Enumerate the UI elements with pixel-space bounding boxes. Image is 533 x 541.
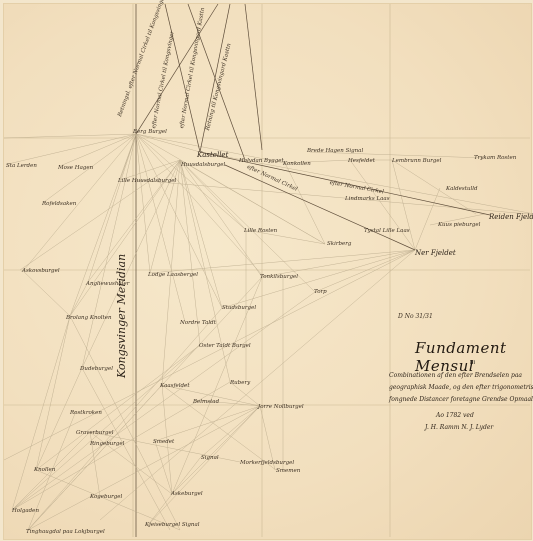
place-label-lodge-laasbergel: Lodge Laasbergel xyxy=(148,273,198,279)
subtitle-line-3: fongnede Distancer foretagne Grendse Opm… xyxy=(389,396,533,403)
place-label-reiden-fjeldet: Reiden Fjeldet xyxy=(489,214,533,221)
author-line: J. H. Ramm N. J. Lyder xyxy=(425,424,493,431)
place-label-signal: Signal xyxy=(201,456,219,462)
place-label-jorre-nollburgel: Jorre Nollburgel xyxy=(258,405,304,411)
subtitle-line-2: geographisk Maade, og den efter trigonom… xyxy=(389,384,533,391)
title-til: til xyxy=(470,360,475,366)
place-label-konkollen: Konkollen xyxy=(283,162,311,168)
place-label-mosebakken: Mose Hagen xyxy=(58,166,93,172)
place-label-smemen: Smemen xyxy=(276,469,300,475)
place-label-morkerfjeldsburgel: Morkerfjeldsburgel xyxy=(240,461,294,467)
map-title: Fundament Mensul xyxy=(415,339,533,375)
place-label-dudeburgel: Dudeburgel xyxy=(80,367,113,373)
place-label-kaldestulld: Kaldestulld xyxy=(446,187,478,193)
place-label-lille-rosten: Lille Rosten xyxy=(244,229,277,235)
place-label-kaasfeldet: Kaasfeldet xyxy=(160,384,190,390)
place-label-oster-taldt-burgel: Oster Taldt Burgel xyxy=(199,344,251,350)
place-label-ringeburgel: Ringeburgel xyxy=(90,442,124,448)
place-label-trykam-rosten: Trykam Rosten xyxy=(474,156,516,162)
meridian-label: Kongsvinger Meridian xyxy=(115,254,128,378)
place-label-kastellet: Kastellet xyxy=(197,152,228,159)
reference-number: D No 31/31 xyxy=(398,313,433,320)
place-label-halvdan-bygget: Halvdan Bygget xyxy=(239,159,284,165)
place-label-kogeburgel: Kogeburgel xyxy=(90,495,122,501)
grid-lines xyxy=(4,4,530,537)
place-label-huusdalsburgel: Huusdalsburgel xyxy=(181,163,225,169)
place-label-askeburgel: Askeburgel xyxy=(171,492,203,498)
place-label-hesfeldet: Hesfeldet xyxy=(348,159,375,165)
place-label-brede-hagen-signal: Brede Hagen Signal xyxy=(307,149,363,155)
place-label-angliewushaler: Angliewushaler xyxy=(86,282,129,288)
place-label-tystal-lille-laas: Tystal Lille Laas xyxy=(364,229,410,235)
place-label-berg-burgel: Berg Burgel xyxy=(133,130,167,136)
place-label-graverburgel: Graverburgel xyxy=(76,431,114,437)
place-label-rofeldsaken: Rofeldsaken xyxy=(42,202,76,208)
place-label-skirberg: Skirberg xyxy=(327,242,351,248)
place-label-lembrunn-burgel: Lembrunn Burgel xyxy=(392,159,441,165)
place-label-lindmarks-laas: Lindmarks Laas xyxy=(345,197,390,203)
year-line: Ao 1782 ved xyxy=(436,412,474,419)
place-label-holgaden: Holgaden xyxy=(12,509,39,515)
place-label-torp: Torp xyxy=(314,290,327,296)
place-label-rubery: Rubery xyxy=(230,381,250,387)
place-label-ner-fjeldet: Ner Fjeldet xyxy=(415,250,456,257)
place-label-tinghaugdal-lokjburgel: Tinghaugdal paa Lokjburgel xyxy=(26,530,105,536)
subtitle-line-1: Combinationen af den efter Brendselen pa… xyxy=(389,372,522,379)
place-label-sta-lernes: Sta Lerden xyxy=(6,164,37,170)
place-label-belmstad: Belmstad xyxy=(193,400,219,406)
place-label-askovsburgel: Askovsburgel xyxy=(22,269,60,275)
place-label-lille-huusdalsburgel: Lille Huusdalsburgel xyxy=(118,179,176,185)
place-label-kuus-pieburgel: Kuus pieburgel xyxy=(438,223,480,229)
place-label-smedet: Smedet xyxy=(153,440,174,446)
place-label-kjeiseburgel-signal: Kjeiseburgel Signal xyxy=(145,523,200,529)
place-label-nordre-taldt: Nordre Taldt xyxy=(180,321,216,327)
place-label-brolang-knolten: Brolang Knolten xyxy=(66,316,112,322)
place-label-rostkroken: Rostkroken xyxy=(70,411,102,417)
place-label-knollen: Knollen xyxy=(34,468,55,474)
place-label-studsburgel: Studsburgel xyxy=(222,306,256,312)
place-label-tonkilsburgel: Tonkilsburgel xyxy=(260,275,298,281)
